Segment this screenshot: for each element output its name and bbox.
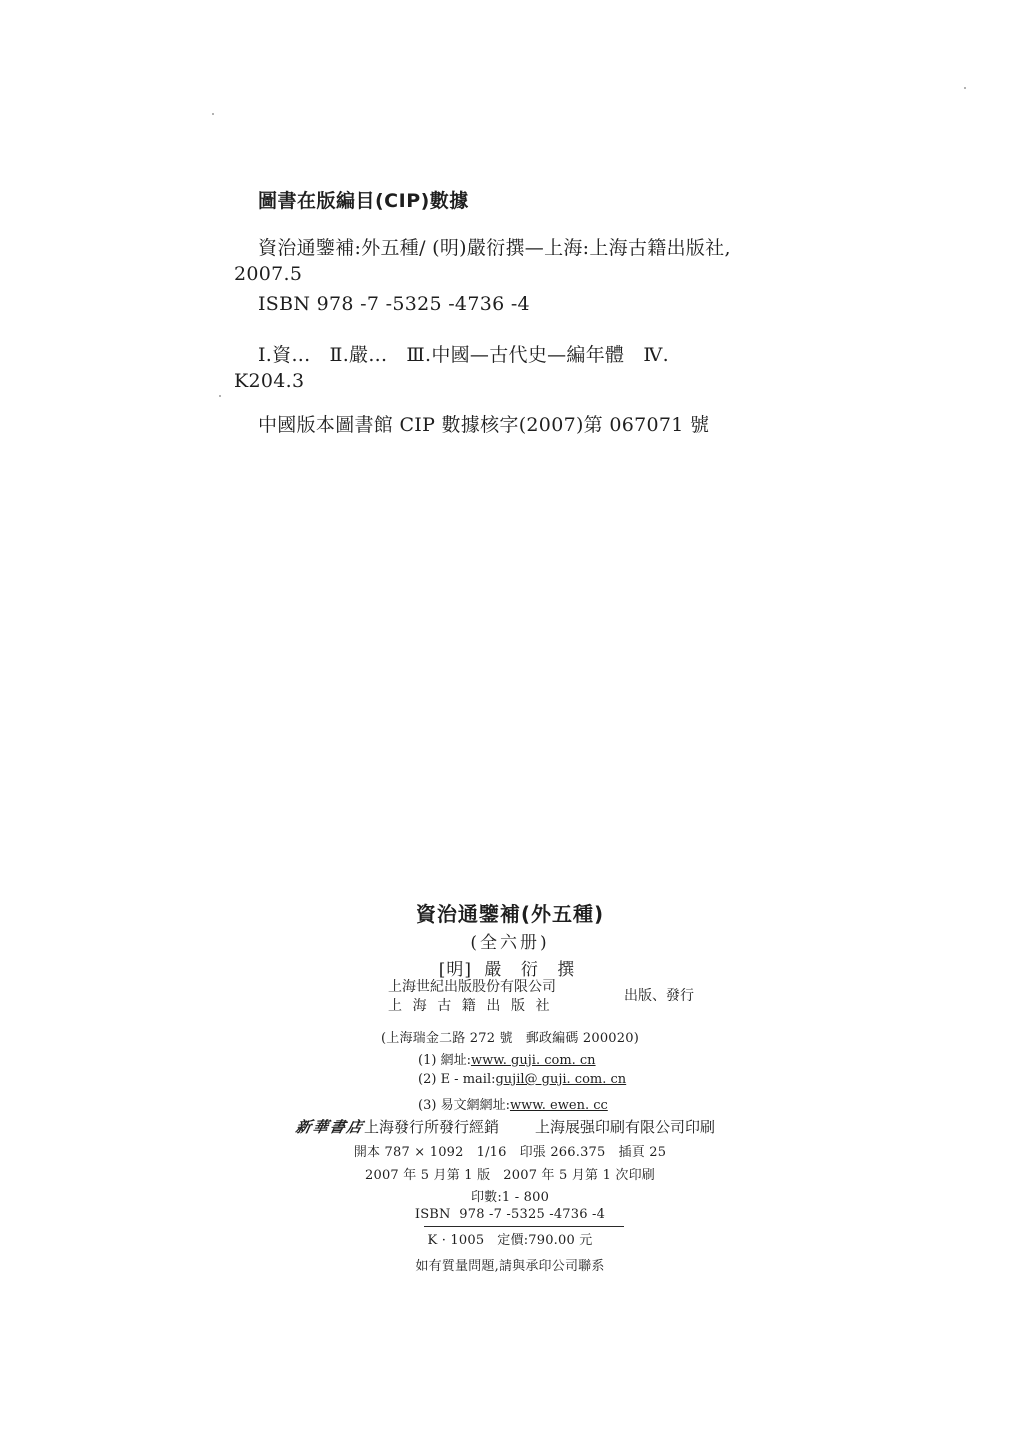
publisher-press: 上海古籍出版社 <box>388 995 560 1015</box>
cip-classification: K204.3 <box>234 370 304 392</box>
print-run: 印數:1 - 800 <box>0 1186 1020 1205</box>
xinhua-bookstore-logo: 新華書店 <box>294 1116 366 1137</box>
publisher-role: 出版、發行 <box>624 985 694 1005</box>
cip-number: 中國版本圖書館 CIP 數據核字(2007)第 067071 號 <box>258 410 709 437</box>
contact-email: (2) E - mail:gujil@ guji. com. cn <box>418 1072 626 1087</box>
contact-website: (1) 網址:www. guji. com. cn <box>418 1049 596 1068</box>
contact-label: 易文網網址: <box>441 1098 510 1113</box>
author-char: 撰 <box>557 960 575 980</box>
cip-isbn: ISBN 978 -7 -5325 -4736 -4 <box>258 293 530 315</box>
contact-label: E - mail: <box>441 1072 496 1087</box>
contact-ewen: (3) 易文網網址:www. ewen. cc <box>418 1094 608 1113</box>
printer: 上海展强印刷有限公司印刷 <box>535 1118 715 1136</box>
cip-heading: 圖書在版編目(CIP)數據 <box>258 186 469 213</box>
scan-speck <box>219 395 221 397</box>
format-line: 開本 787 × 1092 1/16 印張 266.375 插頁 25 <box>0 1141 1020 1160</box>
colophon-isbn: ISBN 978 -7 -5325 -4736 -4 <box>0 1207 1020 1222</box>
email-link[interactable]: gujil@ guji. com. cn <box>495 1072 626 1087</box>
contact-index: (2) <box>418 1072 436 1087</box>
cip-subjects: Ⅰ.資... Ⅱ.嚴... Ⅲ.中國—古代史—編年體 Ⅳ. <box>258 340 669 367</box>
book-title: 資治通鑒補(外五種) <box>0 898 1020 927</box>
scan-speck <box>212 113 214 115</box>
contact-index: (1) <box>418 1053 436 1068</box>
publisher-address: (上海瑞金二路 272 號 郵政編碼 200020) <box>0 1027 1020 1046</box>
contact-index: (3) <box>418 1098 436 1113</box>
isbn-divider <box>424 1226 624 1227</box>
quality-note: 如有質量問題,請與承印公司聯系 <box>0 1255 1020 1274</box>
volume-count: (全六册) <box>0 928 1020 953</box>
ewen-link[interactable]: www. ewen. cc <box>510 1098 608 1113</box>
contact-label: 網址: <box>441 1053 471 1068</box>
publisher-company: 上海世紀出版股份有限公司 <box>388 976 556 996</box>
distribution-line: 新華書店上海發行所發行經銷上海展强印刷有限公司印刷 <box>296 1116 715 1137</box>
price-line: K · 1005 定價:790.00 元 <box>0 1229 1020 1248</box>
distributor: 上海發行所發行經銷 <box>364 1118 499 1136</box>
cip-date: 2007.5 <box>234 263 302 285</box>
cip-bibliographic-line: 資治通鑒補:外五種/ (明)嚴衍撰—上海:上海古籍出版社, <box>258 233 731 260</box>
website-link[interactable]: www. guji. com. cn <box>471 1053 596 1068</box>
edition-line: 2007 年 5 月第 1 版 2007 年 5 月第 1 次印刷 <box>0 1164 1020 1183</box>
scan-speck <box>964 87 966 89</box>
